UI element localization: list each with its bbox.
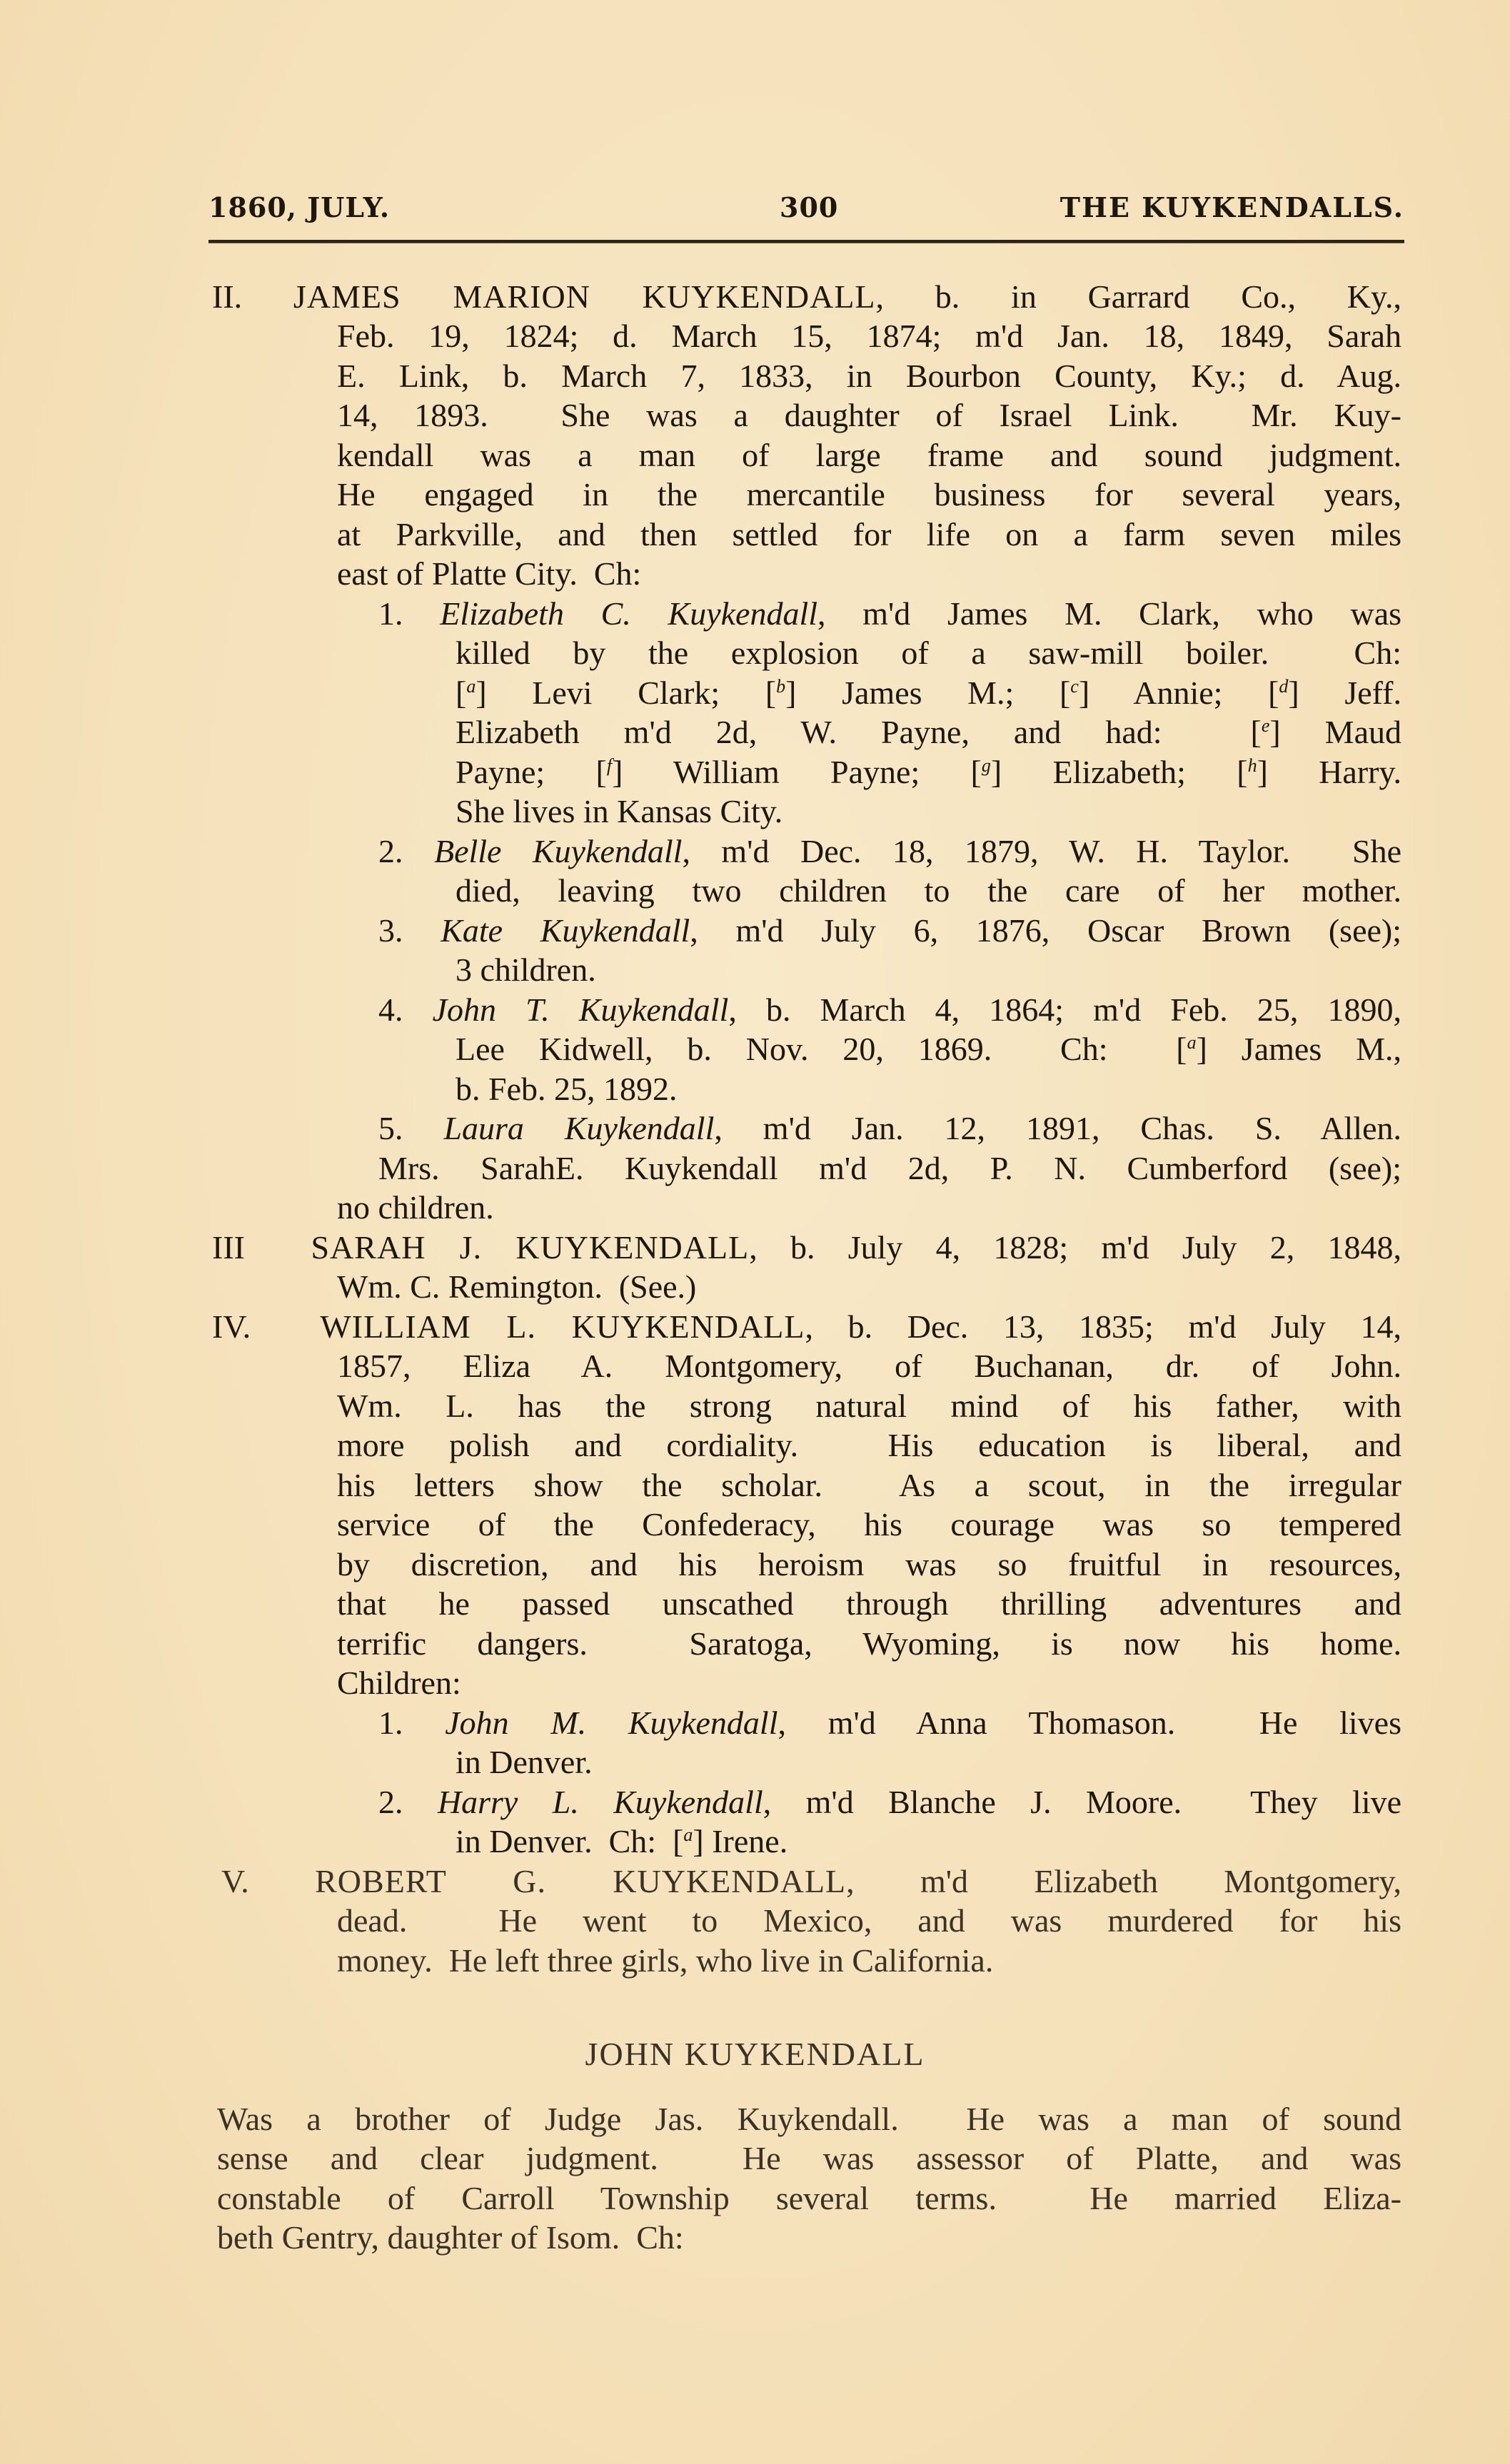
- footnote-letter: e: [1262, 715, 1270, 736]
- entry-james-line-5: kendall was a man of large frame and sou…: [337, 435, 1401, 475]
- entry-james-line-1: II. JAMES MARION KUYKENDALL, b. in Garra…: [212, 277, 1401, 317]
- entry-numeral: II.: [212, 278, 242, 315]
- child-number: 1.: [378, 1705, 403, 1741]
- child-john-m-line-2: in Denver.: [455, 1742, 593, 1782]
- entry-robert-line-2: dead. He went to Mexico, and was murdere…: [337, 1901, 1401, 1941]
- child-name: Elizabeth C. Kuykendall: [440, 595, 817, 632]
- entry-james-line-6: He engaged in the mercantile business fo…: [337, 475, 1401, 515]
- footnote-letter: f: [607, 755, 612, 776]
- child-harry-line-1: 2. Harry L. Kuykendall, m'd Blanche J. M…: [378, 1782, 1401, 1822]
- section-heading: JOHN KUYKENDALL: [0, 2034, 1510, 2074]
- entry-william-line-3: Wm. L. has the strong natural mind of hi…: [337, 1386, 1401, 1426]
- child-john-m-line-1: 1. John M. Kuykendall, m'd Anna Thomason…: [378, 1703, 1401, 1743]
- running-header: 1860, JULY. 300 THE KUYKENDALLS.: [208, 191, 1404, 227]
- child-number: 1.: [378, 595, 403, 632]
- child-number: 3.: [378, 912, 403, 949]
- child-number: 4.: [378, 991, 403, 1028]
- section-line-3: constable of Carroll Township several te…: [217, 2178, 1401, 2218]
- header-rule: [208, 240, 1404, 243]
- grandchild-text: Levi Clark;: [487, 675, 765, 711]
- child-john-t-line-1: 4. John T. Kuykendall, b. March 4, 1864;…: [378, 990, 1401, 1030]
- child-text: , m'd July 6, 1876, Oscar Brown (see);: [690, 912, 1401, 949]
- child-name: John M. Kuykendall: [445, 1705, 777, 1741]
- grandchild-text: William Payne;: [623, 754, 970, 790]
- remarriage-line-2: no children.: [337, 1188, 494, 1228]
- entry-william-line-8: that he passed unscathed through thrilli…: [337, 1584, 1401, 1624]
- child-kate-line-1: 3. Kate Kuykendall, m'd July 6, 1876, Os…: [378, 911, 1401, 951]
- entry-text: , m'd Elizabeth Montgomery,: [846, 1863, 1401, 1899]
- header-title: THE KUYKENDALLS.: [1060, 191, 1404, 223]
- footnote-letter: a: [1187, 1032, 1197, 1053]
- entry-text: , b. in Garrard Co., Ky.,: [876, 278, 1401, 315]
- entry-numeral: V.: [221, 1863, 249, 1899]
- entry-robert-line-3: money. He left three girls, who live in …: [337, 1941, 993, 1981]
- entry-numeral: IV.: [212, 1308, 251, 1345]
- child-belle-line-2: died, leaving two children to the care o…: [455, 871, 1401, 911]
- child-elizabeth-line-3: [a] Levi Clark; [b] James M.; [c] Annie;…: [455, 673, 1401, 713]
- grandchild-text: Jeff.: [1299, 675, 1401, 711]
- entry-william-line-9: terrific dangers. Saratoga, Wyoming, is …: [337, 1624, 1401, 1664]
- entry-william-line-4: more polish and cordiality. His educatio…: [337, 1425, 1401, 1465]
- child-john-t-line-3: b. Feb. 25, 1892.: [455, 1069, 678, 1109]
- entry-william-line-10: Children:: [337, 1663, 461, 1703]
- footnote-letter: d: [1279, 676, 1288, 697]
- child-name: Belle Kuykendall: [434, 833, 682, 869]
- child-elizabeth-line-2: killed by the explosion of a saw-mill bo…: [455, 633, 1401, 673]
- child-number: 2.: [378, 833, 403, 869]
- grandchild-text: Elizabeth;: [1002, 754, 1237, 790]
- header-date: 1860, JULY.: [208, 191, 390, 223]
- child-elizabeth-line-1: 1. Elizabeth C. Kuykendall, m'd James M.…: [378, 594, 1401, 634]
- entry-robert-line-1: V. ROBERT G. KUYKENDALL, m'd Elizabeth M…: [221, 1862, 1401, 1902]
- entry-james-line-8: east of Platte City. Ch:: [337, 554, 641, 594]
- child-name: Kate Kuykendall: [441, 912, 690, 949]
- child-text: Lee Kidwell, b. Nov. 20, 1869. Ch:: [455, 1031, 1176, 1067]
- remarriage-line-1: Mrs. SarahE. Kuykendall m'd 2d, P. N. Cu…: [378, 1148, 1401, 1188]
- entry-james-line-4: 14, 1893. She was a daughter of Israel L…: [337, 395, 1401, 435]
- entry-sarah-line-1: III SARAH J. KUYKENDALL, b. July 4, 1828…: [212, 1228, 1401, 1268]
- child-text: , m'd Dec. 18, 1879, W. H. Taylor. She: [682, 833, 1401, 869]
- footnote-letter: a: [466, 676, 475, 697]
- entry-name: ROBERT G. KUYKENDALL: [315, 1863, 846, 1899]
- entry-text: , b. Dec. 13, 1835; m'd July 14,: [805, 1308, 1401, 1345]
- child-elizabeth-line-6: She lives in Kansas City.: [455, 792, 782, 832]
- entry-william-line-5: his letters show the scholar. As a scout…: [337, 1465, 1401, 1505]
- entry-james-line-2: Feb. 19, 1824; d. March 15, 1874; m'd Ja…: [337, 316, 1401, 356]
- child-number: 5.: [378, 1110, 403, 1146]
- entry-name: SARAH J. KUYKENDALL: [311, 1229, 750, 1266]
- grandchild-text: Harry.: [1268, 754, 1401, 790]
- grandchild-text: James M.,: [1207, 1031, 1401, 1067]
- entry-name: WILLIAM L. KUYKENDALL: [320, 1308, 805, 1345]
- child-number: 2.: [378, 1784, 403, 1820]
- section-line-4: beth Gentry, daughter of Isom. Ch:: [217, 2218, 684, 2258]
- child-text: , m'd Blanche J. Moore. They live: [763, 1784, 1401, 1820]
- footnote-letter: b: [776, 676, 785, 697]
- child-text: Elizabeth m'd 2d, W. Payne, and had:: [455, 714, 1251, 750]
- child-name: Laura Kuykendall: [443, 1110, 714, 1146]
- entry-william-line-1: IV. WILLIAM L. KUYKENDALL, b. Dec. 13, 1…: [212, 1307, 1401, 1347]
- entry-james-line-3: E. Link, b. March 7, 1833, in Bourbon Co…: [337, 356, 1401, 396]
- grandchild-text: Payne;: [455, 754, 596, 790]
- entry-name: JAMES MARION KUYKENDALL: [293, 278, 876, 315]
- child-text: , m'd Anna Thomason. He lives: [777, 1705, 1401, 1741]
- footnote-letter: a: [683, 1824, 693, 1845]
- child-text: , m'd Jan. 12, 1891, Chas. S. Allen.: [714, 1110, 1401, 1146]
- entry-william-line-7: by discretion, and his heroism was so fr…: [337, 1545, 1401, 1585]
- entry-text: , b. July 4, 1828; m'd July 2, 1848,: [749, 1229, 1401, 1266]
- grandchild-text: Annie;: [1089, 675, 1268, 711]
- footnote-letter: c: [1070, 676, 1079, 697]
- child-name: Harry L. Kuykendall: [438, 1784, 763, 1820]
- child-text: , m'd James M. Clark, who was: [817, 595, 1401, 632]
- child-kate-line-2: 3 children.: [455, 950, 596, 990]
- grandchild-text: James M.;: [796, 675, 1059, 711]
- child-name: John T. Kuykendall: [433, 991, 729, 1028]
- section-line-2: sense and clear judgment. He was assesso…: [217, 2139, 1401, 2178]
- child-elizabeth-line-4: Elizabeth m'd 2d, W. Payne, and had: [e]…: [455, 712, 1401, 752]
- child-text: , b. March 4, 1864; m'd Feb. 25, 1890,: [728, 991, 1401, 1028]
- section-line-1: Was a brother of Judge Jas. Kuykendall. …: [217, 2099, 1401, 2139]
- entry-william-line-2: 1857, Eliza A. Montgomery, of Buchanan, …: [337, 1346, 1401, 1386]
- child-belle-line-1: 2. Belle Kuykendall, m'd Dec. 18, 1879, …: [378, 832, 1401, 872]
- grandchild-text: Maud: [1281, 714, 1401, 750]
- footnote-letter: g: [982, 755, 991, 776]
- child-john-t-line-2: Lee Kidwell, b. Nov. 20, 1869. Ch: [a] J…: [455, 1029, 1401, 1069]
- entry-james-line-7: at Parkville, and then settled for life …: [337, 515, 1401, 555]
- entry-sarah-line-2: Wm. C. Remington. (See.): [337, 1267, 696, 1307]
- child-elizabeth-line-5: Payne; [f] William Payne; [g] Elizabeth;…: [455, 752, 1401, 792]
- footnote-letter: h: [1248, 755, 1257, 776]
- page-number: 300: [780, 191, 838, 223]
- child-text: in Denver. Ch:: [455, 1823, 673, 1859]
- entry-william-line-6: service of the Confederacy, his courage …: [337, 1505, 1401, 1545]
- grandchild-text: Irene.: [704, 1823, 787, 1859]
- child-harry-line-2: in Denver. Ch: [a] Irene.: [455, 1822, 787, 1862]
- child-laura-line-1: 5. Laura Kuykendall, m'd Jan. 12, 1891, …: [378, 1109, 1401, 1148]
- entry-numeral: III: [212, 1229, 245, 1266]
